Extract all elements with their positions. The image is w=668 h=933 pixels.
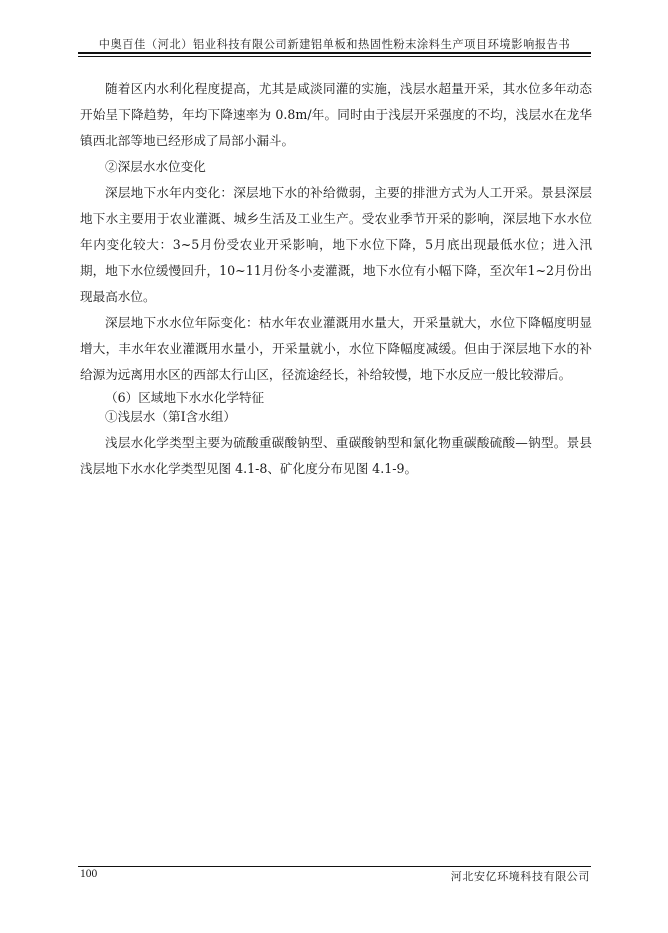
footer-company-name: 河北安亿环境科技有限公司	[451, 868, 590, 884]
document-body: 随着区内水利化程度提高，尤其是咸淡同灌的实施，浅层水超量开采，其水位多年动态开始…	[80, 76, 592, 482]
header-rule-thin	[78, 56, 591, 57]
paragraph-deep-interannual-variation: 深层地下水水位年际变化：枯水年农业灌溉用水量大，开采量就大，水位下降幅度明显增大…	[80, 310, 592, 388]
paragraph-shallow-chem-type: 浅层水化学类型主要为硫酸重碳酸钠型、重碳酸钠型和氯化物重碳酸硫酸—钠型。景县浅层…	[80, 430, 592, 482]
paragraph-deep-annual-variation: 深层地下水年内变化：深层地下水的补给微弱，主要的排泄方式为人工开采。景县深层地下…	[80, 180, 592, 310]
subheading-shallow-water: ①浅层水（第Ⅰ含水组）	[80, 407, 592, 426]
running-header-title: 中奥百佳（河北）铝业科技有限公司新建铝单板和热固性粉末涂料生产项目环境影响报告书	[78, 36, 591, 52]
section-heading-hydrochemistry: （6）区域地下水水化学特征	[80, 388, 592, 407]
subheading-deep-water-level: ②深层水水位变化	[80, 154, 592, 180]
page-number: 100	[80, 868, 97, 880]
paragraph-shallow-water-trend: 随着区内水利化程度提高，尤其是咸淡同灌的实施，浅层水超量开采，其水位多年动态开始…	[80, 76, 592, 154]
header-rule	[78, 52, 591, 54]
footer-rule	[78, 866, 591, 867]
